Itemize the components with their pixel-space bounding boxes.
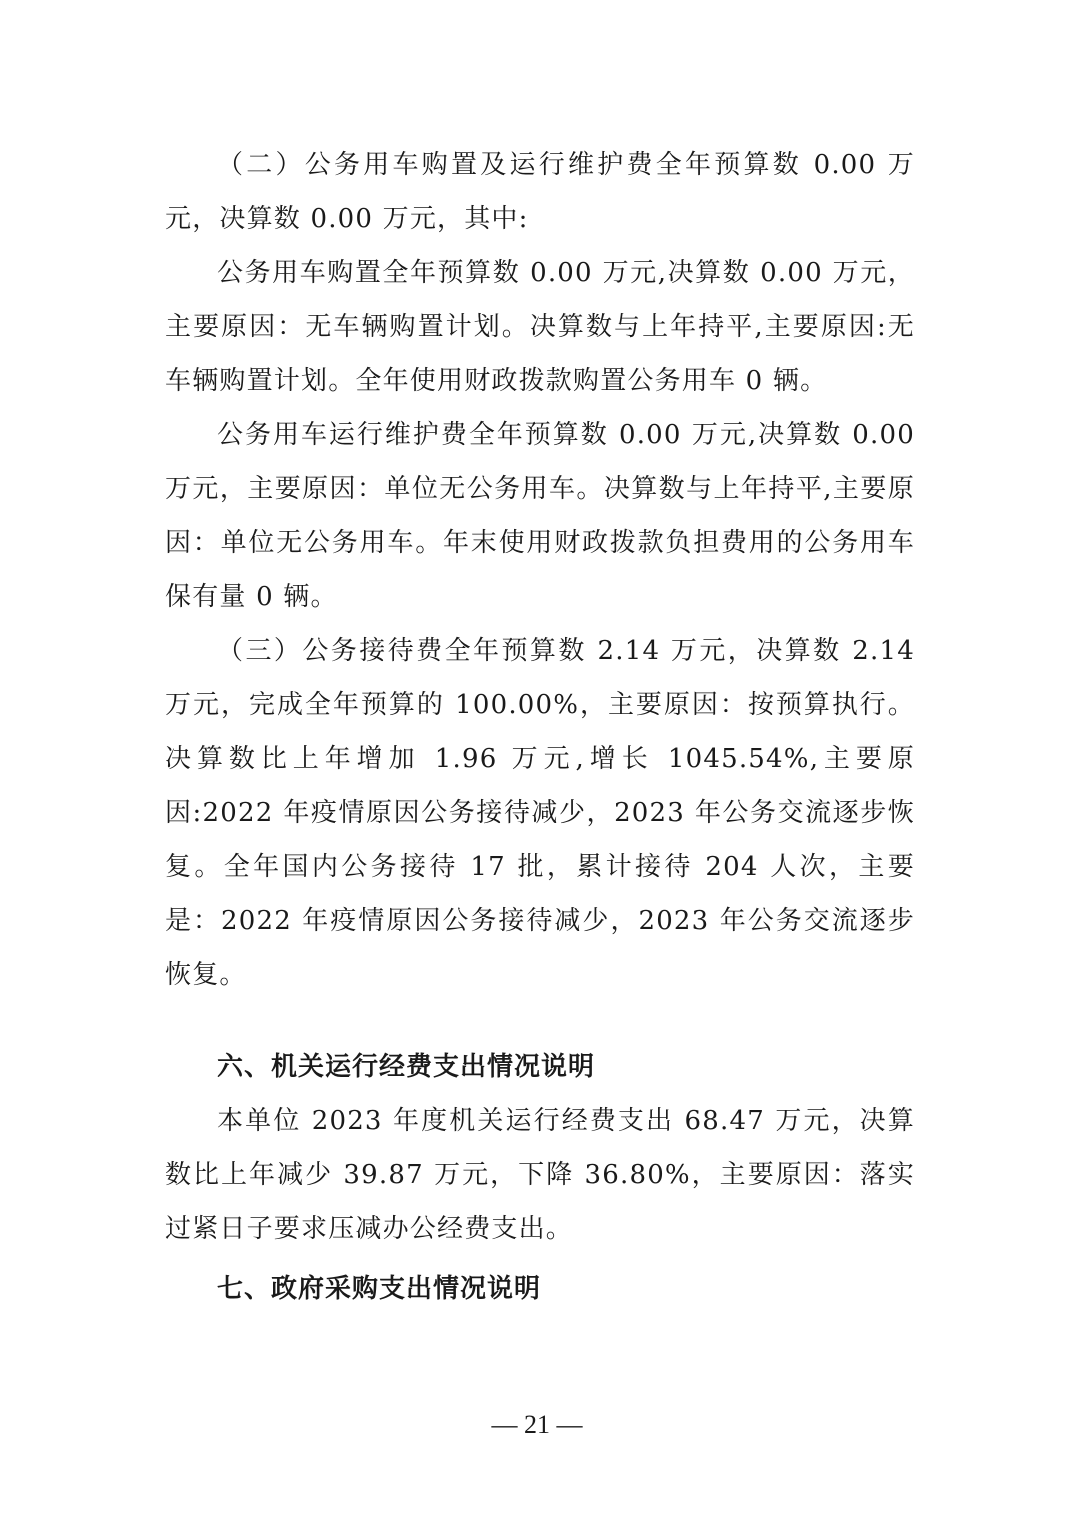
paragraph-vehicle-purchase: 公务用车购置全年预算数 0.00 万元,决算数 0.00 万元，主要原因：无车辆…	[165, 246, 915, 408]
section-spacer	[165, 1002, 915, 1040]
document-page: （二）公务用车购置及运行维护费全年预算数 0.00 万元，决算数 0.00 万元…	[165, 138, 915, 1316]
paragraph-vehicle-costs-summary: （二）公务用车购置及运行维护费全年预算数 0.00 万元，决算数 0.00 万元…	[165, 138, 915, 246]
page-number: — 21 —	[0, 1410, 1074, 1440]
section-heading-operating-expenses: 六、机关运行经费支出情况说明	[165, 1040, 915, 1094]
paragraph-vehicle-maintenance: 公务用车运行维护费全年预算数 0.00 万元,决算数 0.00 万元，主要原因：…	[165, 408, 915, 624]
paragraph-operating-expenses: 本单位 2023 年度机关运行经费支出 68.47 万元，决算数比上年减少 39…	[165, 1094, 915, 1256]
paragraph-reception-costs: （三）公务接待费全年预算数 2.14 万元，决算数 2.14 万元，完成全年预算…	[165, 624, 915, 1002]
section-heading-government-procurement: 七、政府采购支出情况说明	[165, 1262, 915, 1316]
